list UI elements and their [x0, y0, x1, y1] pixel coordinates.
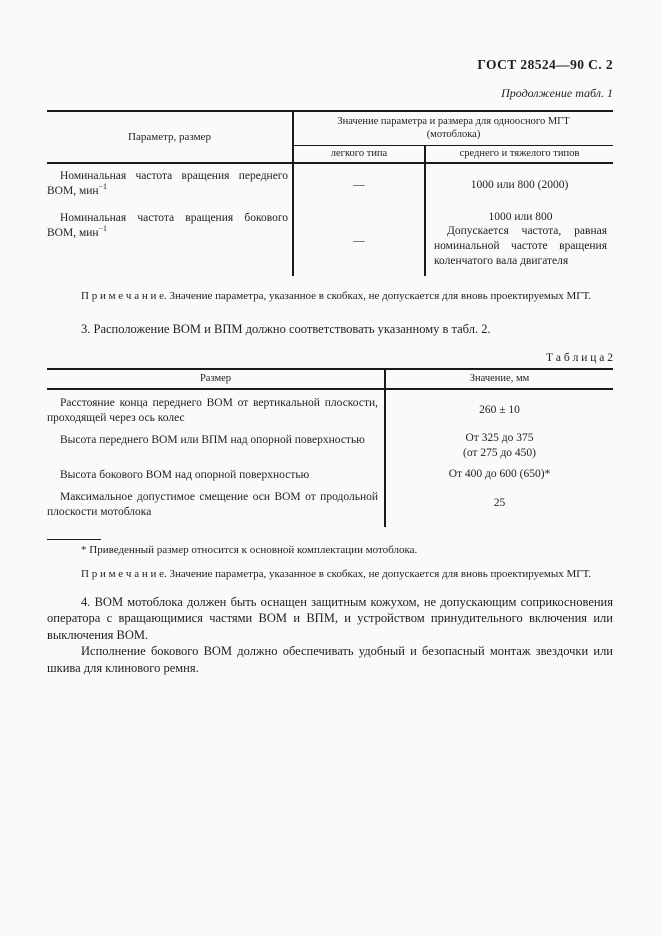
- table-2-row-4-size: Максимальное допустимое смещение оси ВОМ…: [47, 484, 385, 527]
- table-row: Номинальная частота вращения переднего В…: [47, 163, 613, 205]
- footnote: * Приведенный размер относится к основно…: [47, 543, 613, 558]
- table-1-row-1-light-value: —: [293, 163, 425, 205]
- table-2-row-2-value: От 325 до 375 (от 275 до 450): [385, 427, 613, 462]
- table-1: Параметр, размер Значение параметра и ра…: [47, 110, 613, 276]
- paragraph-3: 3. Расположение ВОМ и ВПМ должно соответ…: [47, 321, 613, 338]
- table-2-header-value: Значение, мм: [385, 369, 613, 389]
- table-row: Высота бокового ВОМ над опорной поверхно…: [47, 462, 613, 484]
- table-2-row-1-size: Расстояние конца переднего ВОМ от вертик…: [47, 389, 385, 427]
- table-row: Номинальная частота вращения бокового ВО…: [47, 206, 613, 276]
- table-2-row-2-size: Высота переднего ВОМ или ВПМ над опорной…: [47, 427, 385, 462]
- table-row: Максимальное допустимое смещение оси ВОМ…: [47, 484, 613, 527]
- note-label: П р и м е ч а н и е.: [81, 290, 167, 302]
- table-2-row-3-value: От 400 до 600 (650)*: [385, 462, 613, 484]
- note-after-table-1: П р и м е ч а н и е. Значение параметра,…: [47, 289, 613, 304]
- table-1-row-2-light-value: —: [293, 206, 425, 276]
- note-after-table-2: П р и м е ч а н и е. Значение параметра,…: [47, 567, 613, 582]
- table-1-row-2-param: Номинальная частота вращения бокового ВО…: [47, 206, 293, 276]
- table-2-row-1-value: 260 ± 10: [385, 389, 613, 427]
- table-row: Высота переднего ВОМ или ВПМ над опорной…: [47, 427, 613, 462]
- table-1-header-light-type: легкого типа: [293, 146, 425, 164]
- table-2-caption: Т а б л и ц а 2: [47, 352, 613, 364]
- table-1-header-param: Параметр, размер: [47, 111, 293, 163]
- footnote-rule: [47, 539, 101, 540]
- table-continuation-label: Продолжение табл. 1: [47, 86, 613, 101]
- table-1-row-1-medium-value: 1000 или 800 (2000): [425, 163, 613, 205]
- table-2-row-4-value: 25: [385, 484, 613, 527]
- table-row: Расстояние конца переднего ВОМ от вертик…: [47, 389, 613, 427]
- doc-reference: ГОСТ 28524—90 С. 2: [47, 57, 613, 73]
- table-1-row-1-param: Номинальная частота вращения переднего В…: [47, 163, 293, 205]
- table-2-header-size: Размер: [47, 369, 385, 389]
- table-2-row-3-size: Высота бокового ВОМ над опорной поверхно…: [47, 462, 385, 484]
- table-1-header-row: Параметр, размер Значение параметра и ра…: [47, 111, 613, 146]
- table-2-header-row: Размер Значение, мм: [47, 369, 613, 389]
- note-label: П р и м е ч а н и е.: [81, 568, 167, 580]
- table-1-header-value-group: Значение параметра и размера для одноосн…: [293, 111, 613, 146]
- table-1-row-2-medium-value: 1000 или 800 Допускается частота, равная…: [425, 206, 613, 276]
- table-1-header-medium-heavy-type: среднего и тяжелого типов: [425, 146, 613, 164]
- paragraph-4: 4. ВОМ мотоблока должен быть оснащен защ…: [47, 594, 613, 644]
- paragraph-5: Исполнение бокового ВОМ должно обеспечив…: [47, 643, 613, 676]
- table-2: Размер Значение, мм Расстояние конца пер…: [47, 368, 613, 527]
- document-page: ГОСТ 28524—90 С. 2 Продолжение табл. 1 П…: [0, 0, 661, 936]
